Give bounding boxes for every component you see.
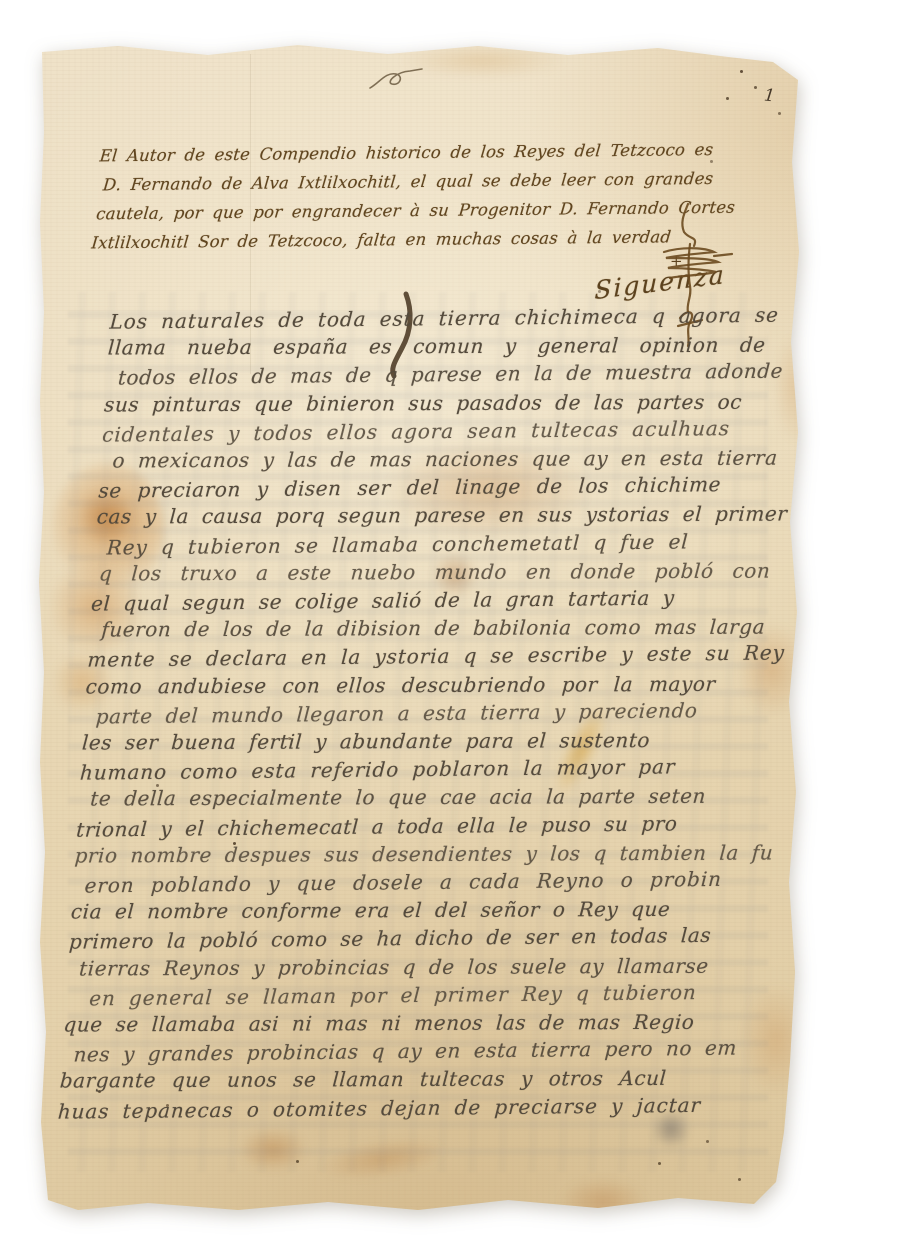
foxing-specks [38,42,41,45]
main-text: Los naturales de toda esta tierra chichi… [57,302,811,1123]
parchment-sheet: 1 El Autor de este Compendio historico d… [38,42,802,1215]
folio-number: 1 [763,85,776,106]
text-line: huas tepanecas o otomites dejan de preci… [57,1090,759,1126]
cross-mark-icon [366,62,428,102]
manuscript-page: 1 El Autor de este Compendio historico d… [38,42,802,1215]
manuscript-photo: 1 El Autor de este Compendio historico d… [0,0,906,1260]
stain-blot [558,1177,648,1227]
